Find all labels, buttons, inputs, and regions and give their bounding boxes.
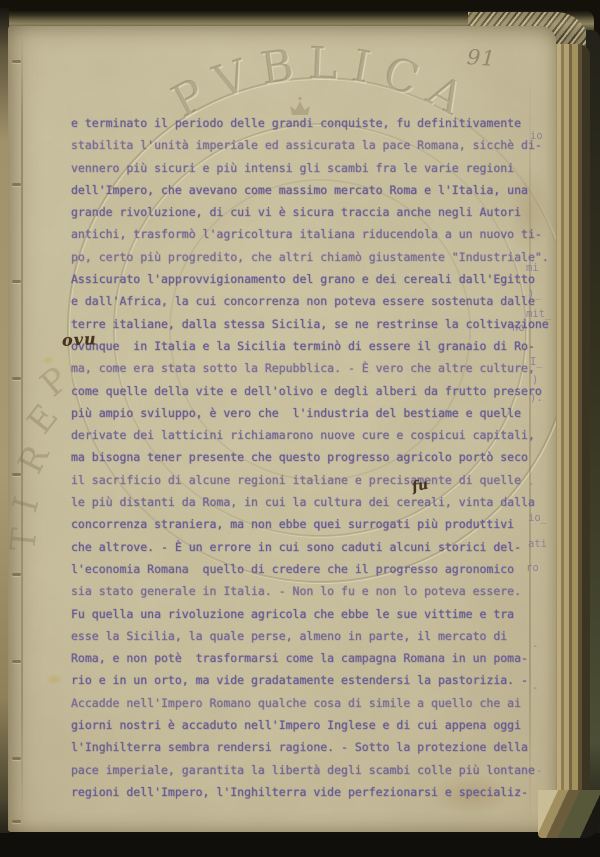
stitch-mark (12, 660, 21, 663)
typed-line: Assicurato l'approvvigionamento del gran… (71, 268, 556, 290)
margin-bleed-fragments: iomi)_mit_noI_)).-io_atiro--- (526, 26, 556, 832)
typed-line: l'Inghilterra sembra rendersi ragione. -… (71, 736, 556, 758)
typed-line: grande rivoluzione, di cui vi è sicura t… (71, 201, 556, 223)
typed-line: po, certo più progredito, che altri chia… (71, 246, 556, 268)
typed-line: rio e in un orto, ma vide gradatamente e… (71, 669, 556, 691)
typed-line: e dall'Africa, la cui concorrenza non po… (71, 290, 556, 312)
margin-fragment: - (532, 682, 538, 694)
typed-line: derivate dei latticini richiamarono nuov… (71, 424, 556, 446)
typed-line: ma, come era stata sotto la Repubblica. … (71, 357, 556, 379)
background-bottom (0, 833, 600, 857)
page-number-pencil: 91 (466, 45, 496, 71)
typed-line: giorni nostri è accaduto nell'Impero Ing… (71, 714, 556, 736)
typed-line: vennero più sicuri e più intensi gli sca… (71, 157, 556, 179)
stitch-mark (12, 473, 21, 476)
handwritten-insertion-fu: fu (411, 476, 430, 495)
margin-fragment: I_ (530, 356, 543, 368)
typed-line: ma bisogna tener presente che questo pro… (71, 446, 556, 468)
stitch-mark (12, 60, 21, 63)
margin-fragment: ro (526, 562, 539, 574)
margin-fragment: - (532, 640, 538, 652)
typed-line: pace imperiale, garantita la libertà deg… (71, 759, 556, 781)
margin-fragment: - (536, 765, 542, 777)
margin-fragment: - (528, 478, 534, 490)
book-photograph: PVBLICA PVBLICA P E R I T (0, 0, 600, 857)
margin-fragment: ati (528, 538, 547, 550)
margin-fragment: io_ (528, 512, 547, 524)
typed-line: Accadde nell'Impero Romano qualche cosa … (71, 692, 556, 714)
margin-fragment: no (512, 322, 525, 334)
margin-fragment: mit_ (526, 308, 551, 320)
binding-crease (21, 34, 23, 826)
margin-fragment: ) (532, 374, 538, 386)
typed-line: Fu quella una rivoluzione agricola che e… (71, 603, 556, 625)
margin-fragment: )_ (528, 288, 541, 300)
manuscript-page: PVBLICA PVBLICA P E R I T (8, 26, 556, 832)
margin-fragment: io (530, 130, 543, 142)
typed-line: terre italiane, dalla stessa Sicilia, se… (71, 313, 556, 335)
typed-line: sia stato generale in Italia. - Non lo f… (71, 580, 556, 602)
typed-line: che altrove. - È un errore in cui sono c… (71, 536, 556, 558)
handwritten-correction-ovu: ovu (62, 329, 98, 350)
stitch-mark (12, 573, 21, 576)
typed-line: l'economia Romana quello di credere che … (71, 558, 556, 580)
typed-line: più ampio sviluppo, è vero che l'industr… (71, 402, 556, 424)
stitch-mark (12, 757, 21, 760)
typed-line: le più distanti da Roma, in cui la cultu… (71, 491, 556, 513)
typed-line: dell'Impero, che avevano come massimo me… (71, 179, 556, 201)
stitch-mark (12, 280, 21, 283)
typed-line: stabilita l'unità imperiale ed assicurat… (71, 134, 556, 156)
typed-text-block: e terminato il periodo delle grandi conq… (71, 112, 556, 803)
typed-line: Roma, e non potè trasformarsi come la ca… (71, 647, 556, 669)
typed-line: antichi, trasformò l'agricoltura italian… (71, 223, 556, 245)
typed-line: concorrenza straniera, ma non ebbe quei … (71, 513, 556, 535)
bottom-right-page-corners (538, 790, 600, 838)
margin-fragment: ). (530, 392, 543, 404)
typed-line: e terminato il periodo delle grandi conq… (71, 112, 556, 134)
typed-line: il sacrificio di alcune regioni italiane… (71, 469, 556, 491)
margin-fragment: mi (526, 262, 539, 274)
right-page-stack-edges (552, 44, 590, 836)
stitch-mark (12, 183, 21, 186)
typed-line: regioni dell'Impero, l'Inghilterra vide … (71, 781, 556, 803)
stitch-mark (12, 820, 21, 823)
typed-line: ovunque in Italia e la Sicilia terminò d… (71, 335, 556, 357)
stitch-mark (12, 377, 21, 380)
typed-line: esse la Sicilia, la quale perse, almeno … (71, 625, 556, 647)
typed-line: come quelle della vite e dell'olivo e de… (71, 380, 556, 402)
